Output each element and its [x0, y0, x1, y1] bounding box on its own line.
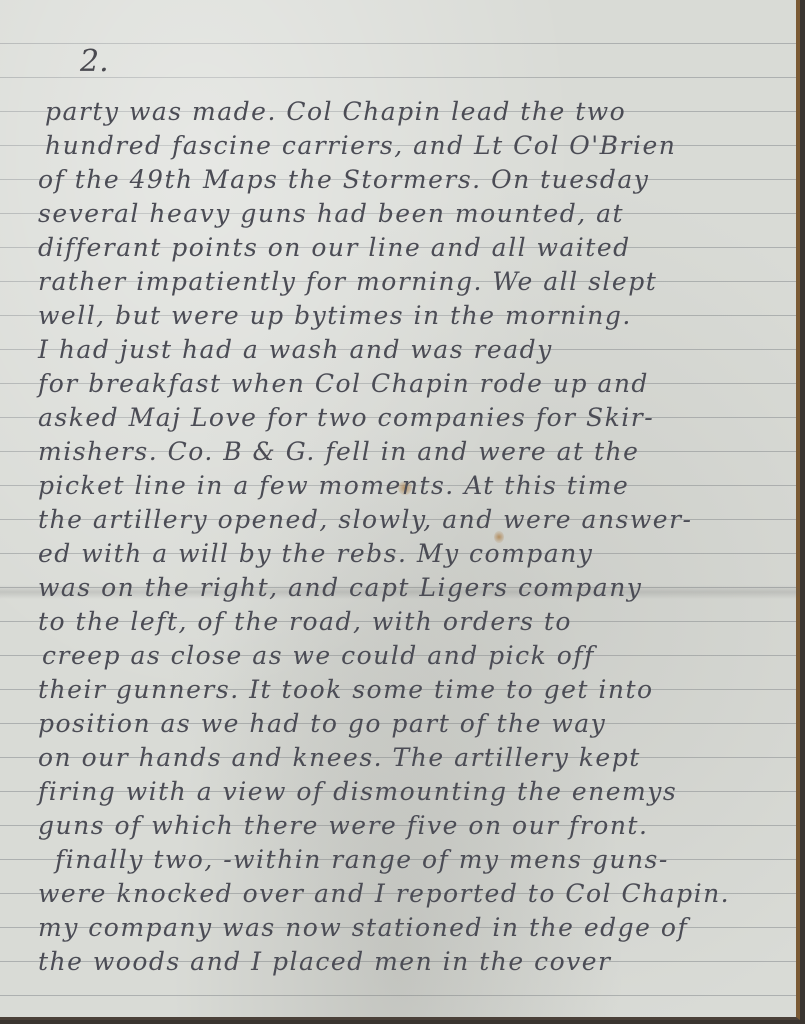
text-line: was on the right, and capt Ligers compan… [38, 571, 642, 605]
text-line: rather impatiently for morning. We all s… [38, 265, 657, 299]
text-line: picket line in a few moments. At this ti… [38, 469, 629, 503]
text-line: position as we had to go part of the way [38, 707, 606, 741]
text-line: to the left, of the road, with orders to [38, 605, 572, 639]
letter-page: 2. party was made. Col Chapin lead the t… [0, 0, 800, 1020]
text-line: for breakfast when Col Chapin rode up an… [38, 367, 649, 401]
text-line: my company was now stationed in the edge… [38, 911, 688, 945]
text-line: finally two, -within range of my mens gu… [55, 843, 669, 877]
text-line: the artillery opened, slowly, and were a… [38, 503, 692, 537]
text-line: asked Maj Love for two companies for Ski… [38, 401, 654, 435]
text-line: firing with a view of dismounting the en… [38, 775, 677, 809]
text-line: mishers. Co. B & G. fell in and were at … [38, 435, 639, 469]
text-line: I had just had a wash and was ready [38, 333, 553, 367]
text-line: hundred fascine carriers, and Lt Col O'B… [45, 129, 676, 163]
page-number: 2. [80, 44, 109, 79]
text-line: several heavy guns had been mounted, at [38, 197, 624, 231]
text-line: party was made. Col Chapin lead the two [45, 95, 626, 129]
text-line: the woods and I placed men in the cover [38, 945, 612, 979]
text-line: of the 49th Maps the Stormers. On tuesda… [38, 163, 649, 197]
text-line: guns of which there were five on our fro… [38, 809, 648, 843]
text-line: on our hands and knees. The artillery ke… [38, 741, 641, 775]
text-line: their gunners. It took some time to get … [38, 673, 654, 707]
text-line: ed with a will by the rebs. My company [38, 537, 593, 571]
text-line: differant points on our line and all wai… [38, 231, 631, 265]
text-line: well, but were up bytimes in the morning… [38, 299, 632, 333]
text-line: creep as close as we could and pick off [42, 639, 595, 673]
text-line: were knocked over and I reported to Col … [38, 877, 730, 911]
